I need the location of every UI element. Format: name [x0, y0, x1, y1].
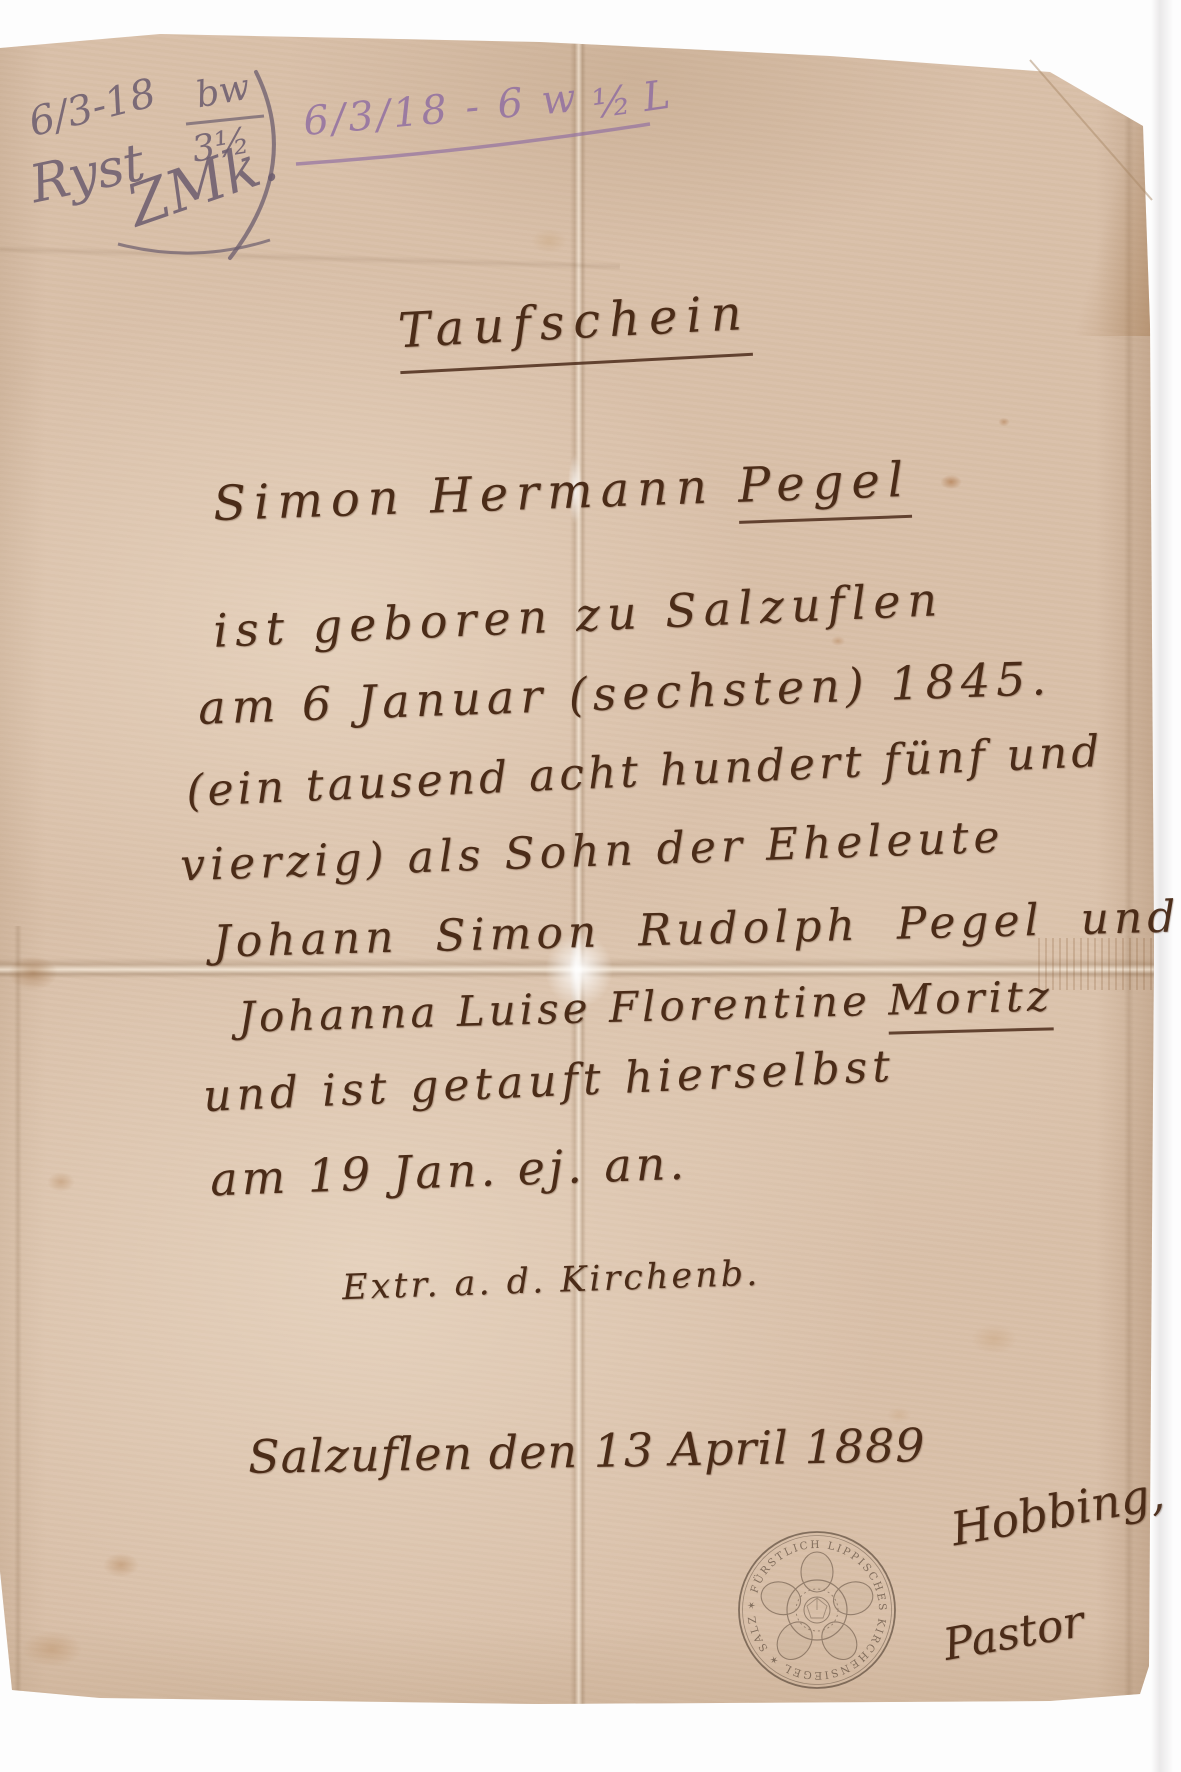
- church-seal-stamp: ✶ FÜRSTLICH LIPPISCHES KIRCHENSIEGEL ✶ S…: [733, 1526, 901, 1694]
- scanner-edge-shadow: [1151, 0, 1181, 1772]
- stain: [10, 1624, 94, 1674]
- mother-surname: Moritz: [888, 971, 1054, 1034]
- stain: [0, 950, 66, 996]
- fold-crease-vertical-left: [14, 926, 22, 1704]
- stain: [996, 416, 1012, 428]
- stain: [936, 472, 966, 492]
- scanned-document-page: 6/3-18 bw 3½ Ryst ZMk. 6/3/18 - 6 w ½ L …: [0, 0, 1181, 1772]
- purple-note-extra: ½ L: [589, 73, 672, 127]
- line-place-date: Salzuflen den 13 April 1889: [248, 1420, 926, 1482]
- lippe-rose: [757, 1552, 877, 1666]
- stain: [524, 224, 574, 258]
- stain: [42, 1168, 80, 1196]
- stain: [1052, 56, 1152, 336]
- fold-crease-vertical-right: [1124, 26, 1134, 1704]
- stain: [96, 1548, 146, 1582]
- child-surname: Pegel: [737, 452, 912, 524]
- stain: [962, 1318, 1026, 1360]
- fold-damage-texture: [1038, 938, 1152, 990]
- stain: [828, 634, 848, 648]
- fold-crease-horizontal-faint: [0, 245, 620, 270]
